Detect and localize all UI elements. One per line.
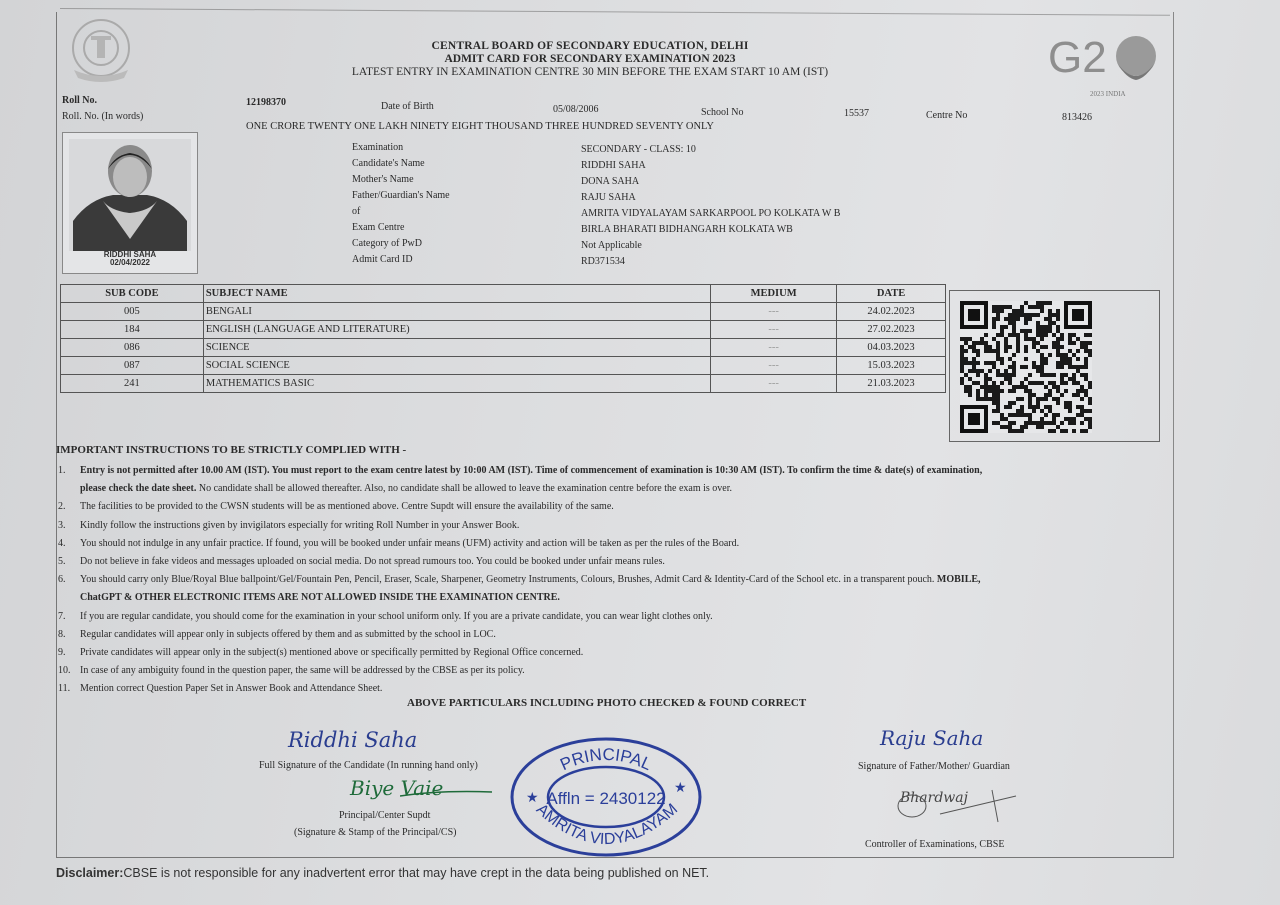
instruction-item: 5.Do not believe in fake videos and mess… xyxy=(56,553,1168,571)
instruction-text: Entry is not permitted after 10.00 AM (I… xyxy=(80,462,1168,498)
table-row: 005BENGALI---24.02.2023 xyxy=(61,303,946,321)
instruction-item: 4.You should not indulge in any unfair p… xyxy=(56,535,1168,553)
detail-value: SECONDARY - CLASS: 10 xyxy=(581,142,840,158)
svg-text:2023 INDIA: 2023 INDIA xyxy=(1090,90,1126,98)
exam-date-cell: 21.03.2023 xyxy=(837,375,946,393)
detail-label: Examination xyxy=(352,140,450,156)
header-sub-code: SUB CODE xyxy=(61,285,204,303)
g20-logo-icon: G2 2023 INDIA xyxy=(1048,30,1160,100)
detail-value: RD371534 xyxy=(581,254,840,270)
star-icon: ★ xyxy=(674,781,687,796)
instruction-plain: You should carry only Blue/Royal Blue ba… xyxy=(80,574,937,585)
medium-cell: --- xyxy=(711,375,837,393)
disclaimer-text: CBSE is not responsible for any inadvert… xyxy=(123,866,709,880)
dob-value: 05/08/2006 xyxy=(553,104,599,115)
star-icon: ★ xyxy=(526,791,539,806)
instruction-text: You should carry only Blue/Royal Blue ba… xyxy=(80,571,1168,607)
instruction-item: 7.If you are regular candidate, you shou… xyxy=(56,608,1168,626)
table-row: 087SOCIAL SCIENCE---15.03.2023 xyxy=(61,357,946,375)
medium-cell: --- xyxy=(711,303,837,321)
instructions-title: IMPORTANT INSTRUCTIONS TO BE STRICTLY CO… xyxy=(56,444,406,456)
instruction-bold: ChatGPT & OTHER ELECTRONIC ITEMS ARE NOT… xyxy=(80,592,560,603)
disclaimer: Disclaimer:CBSE is not responsible for a… xyxy=(56,866,709,880)
stamp-top-text: PRINCIPAL xyxy=(557,745,654,774)
instruction-number: 9. xyxy=(56,644,80,662)
candidate-photo: RIDDHI SAHA 02/04/2022 xyxy=(62,132,198,274)
detail-value: RIDDHI SAHA xyxy=(581,158,840,174)
instruction-text: Do not believe in fake videos and messag… xyxy=(80,553,1168,571)
principal-stamp: PRINCIPAL AMRITA VIDYALAYAM Affln = 2430… xyxy=(508,735,704,859)
instruction-plain: No candidate shall be allowed thereafter… xyxy=(196,483,732,494)
controller-signature-stroke xyxy=(890,786,1020,826)
guardian-signature: Raju Saha xyxy=(880,726,983,750)
exam-date-cell: 04.03.2023 xyxy=(837,339,946,357)
sub-code-cell: 241 xyxy=(61,375,204,393)
photo-caption: RIDDHI SAHA 02/04/2022 xyxy=(63,251,197,267)
instruction-text: You should not indulge in any unfair pra… xyxy=(80,535,1168,553)
exam-date-cell: 27.02.2023 xyxy=(837,321,946,339)
detail-value: BIRLA BHARATI BIDHANGARH KOLKATA WB xyxy=(581,222,840,238)
card-title: ADMIT CARD FOR SECONDARY EXAMINATION 202… xyxy=(300,53,880,66)
photo-date: 02/04/2022 xyxy=(63,259,197,267)
stamp-affiliation: Affln = 2430122 xyxy=(546,789,665,808)
detail-value: Not Applicable xyxy=(581,238,840,254)
detail-value: RAJU SAHA xyxy=(581,190,840,206)
instruction-text: Regular candidates will appear only in s… xyxy=(80,626,1168,644)
instruction-item: 3.Kindly follow the instructions given b… xyxy=(56,517,1168,535)
subject-name-cell: MATHEMATICS BASIC xyxy=(203,375,710,393)
detail-label: Exam Centre xyxy=(352,220,450,236)
subjects-table: SUB CODE SUBJECT NAME MEDIUM DATE 005BEN… xyxy=(60,284,946,393)
roll-no-value: 12198370 xyxy=(246,97,286,108)
instruction-number: 4. xyxy=(56,535,80,553)
table-row: 241MATHEMATICS BASIC---21.03.2023 xyxy=(61,375,946,393)
instruction-text: If you are regular candidate, you should… xyxy=(80,608,1168,626)
disclaimer-label: Disclaimer: xyxy=(56,866,123,880)
roll-words-label: Roll. No. (In words) xyxy=(62,111,143,122)
instruction-number: 8. xyxy=(56,626,80,644)
g20-text: G2 xyxy=(1048,33,1107,82)
instruction-number: 6. xyxy=(56,571,80,607)
instruction-item: 2.The facilities to be provided to the C… xyxy=(56,498,1168,516)
instruction-text: Kindly follow the instructions given by … xyxy=(80,517,1168,535)
instruction-item: 6.You should carry only Blue/Royal Blue … xyxy=(56,571,1168,607)
sub-code-cell: 184 xyxy=(61,321,204,339)
subject-name-cell: SOCIAL SCIENCE xyxy=(203,357,710,375)
principal-signature-stroke xyxy=(400,788,496,800)
instruction-number: 7. xyxy=(56,608,80,626)
instructions-list: 1.Entry is not permitted after 10.00 AM … xyxy=(56,462,1168,699)
school-no-label: School No xyxy=(701,107,744,118)
subject-name-cell: ENGLISH (LANGUAGE AND LITERATURE) xyxy=(203,321,710,339)
instruction-text: In case of any ambiguity found in the qu… xyxy=(80,662,1168,680)
instruction-bold: Entry is not permitted after 10.00 AM (I… xyxy=(80,465,982,476)
instruction-number: 1. xyxy=(56,462,80,498)
details-values: SECONDARY - CLASS: 10 RIDDHI SAHA DONA S… xyxy=(581,142,840,270)
cbse-emblem-icon xyxy=(64,16,138,84)
detail-label: of xyxy=(352,204,450,220)
instruction-text: The facilities to be provided to the CWS… xyxy=(80,498,1168,516)
instruction-bold: please check the date sheet. xyxy=(80,483,196,494)
detail-label: Candidate's Name xyxy=(352,156,450,172)
principal-stamp-label: (Signature & Stamp of the Principal/CS) xyxy=(294,827,456,838)
instruction-number: 10. xyxy=(56,662,80,680)
detail-label: Category of PwD xyxy=(352,236,450,252)
entry-note: LATEST ENTRY IN EXAMINATION CENTRE 30 MI… xyxy=(300,66,880,79)
header-medium: MEDIUM xyxy=(711,285,837,303)
sub-code-cell: 086 xyxy=(61,339,204,357)
table-header-row: SUB CODE SUBJECT NAME MEDIUM DATE xyxy=(61,285,946,303)
detail-value: AMRITA VIDYALAYAM SARKARPOOL PO KOLKATA … xyxy=(581,206,840,222)
medium-cell: --- xyxy=(711,357,837,375)
document-header: CENTRAL BOARD OF SECONDARY EDUCATION, DE… xyxy=(300,40,880,79)
instruction-item: 10.In case of any ambiguity found in the… xyxy=(56,662,1168,680)
instruction-text: Private candidates will appear only in t… xyxy=(80,644,1168,662)
details-labels: Examination Candidate's Name Mother's Na… xyxy=(352,140,450,268)
roll-no-label: Roll No. xyxy=(62,95,97,106)
qr-code-icon xyxy=(960,299,1092,435)
instruction-number: 2. xyxy=(56,498,80,516)
detail-label: Mother's Name xyxy=(352,172,450,188)
header-date: DATE xyxy=(837,285,946,303)
qr-code-box xyxy=(949,290,1160,442)
instruction-number: 11. xyxy=(56,680,80,698)
guardian-signature-label: Signature of Father/Mother/ Guardian xyxy=(858,761,1010,772)
detail-label: Father/Guardian's Name xyxy=(352,188,450,204)
medium-cell: --- xyxy=(711,321,837,339)
candidate-signature: Riddhi Saha xyxy=(288,728,417,752)
controller-label: Controller of Examinations, CBSE xyxy=(865,839,1004,850)
candidate-signature-label: Full Signature of the Candidate (In runn… xyxy=(259,760,478,771)
checked-note: ABOVE PARTICULARS INCLUDING PHOTO CHECKE… xyxy=(407,697,806,709)
centre-no-value: 813426 xyxy=(1062,112,1092,123)
sub-code-cell: 087 xyxy=(61,357,204,375)
detail-label: Admit Card ID xyxy=(352,252,450,268)
instruction-bold: MOBILE, xyxy=(937,574,981,585)
centre-no-label: Centre No xyxy=(926,110,967,121)
header-subject-name: SUBJECT NAME xyxy=(203,285,710,303)
roll-words-value: ONE CRORE TWENTY ONE LAKH NINETY EIGHT T… xyxy=(246,121,714,132)
exam-date-cell: 15.03.2023 xyxy=(837,357,946,375)
table-row: 184ENGLISH (LANGUAGE AND LITERATURE)---2… xyxy=(61,321,946,339)
school-no-value: 15537 xyxy=(844,108,869,119)
exam-date-cell: 24.02.2023 xyxy=(837,303,946,321)
table-row: 086SCIENCE---04.03.2023 xyxy=(61,339,946,357)
board-name: CENTRAL BOARD OF SECONDARY EDUCATION, DE… xyxy=(300,40,880,53)
instruction-item: 9.Private candidates will appear only in… xyxy=(56,644,1168,662)
subject-name-cell: BENGALI xyxy=(203,303,710,321)
medium-cell: --- xyxy=(711,339,837,357)
candidate-portrait-icon xyxy=(69,139,191,251)
detail-value: DONA SAHA xyxy=(581,174,840,190)
instruction-item: 8.Regular candidates will appear only in… xyxy=(56,626,1168,644)
instruction-number: 3. xyxy=(56,517,80,535)
dob-label: Date of Birth xyxy=(381,101,434,112)
sub-code-cell: 005 xyxy=(61,303,204,321)
principal-label: Principal/Center Supdt xyxy=(339,810,430,821)
instruction-item: 11.Mention correct Question Paper Set in… xyxy=(56,680,1168,698)
instruction-item: 1.Entry is not permitted after 10.00 AM … xyxy=(56,462,1168,498)
subject-name-cell: SCIENCE xyxy=(203,339,710,357)
instruction-number: 5. xyxy=(56,553,80,571)
instruction-text: Mention correct Question Paper Set in An… xyxy=(80,680,1168,698)
